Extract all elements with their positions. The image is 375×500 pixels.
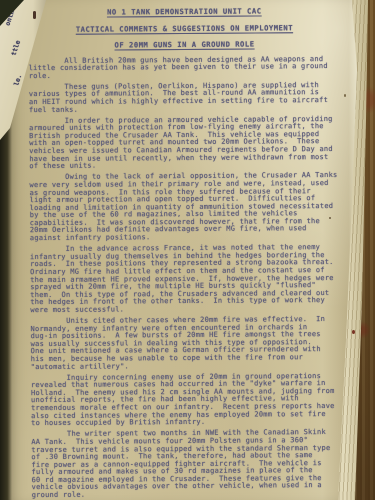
paragraph-6: Units cited other cases where 20mm fire … bbox=[30, 316, 342, 371]
paragraph-3: In order to produce an armoured vehicle … bbox=[29, 116, 341, 171]
document-page: NO 1 TANK DEMONSTRATION UNIT CAC TACTICA… bbox=[0, 0, 375, 500]
paragraph-5: In the advance across France, it was not… bbox=[30, 244, 342, 315]
typewritten-text-block: NO 1 TANK DEMONSTRATION UNIT CAC TACTICA… bbox=[28, 6, 343, 500]
paragraph-2: These guns (Polsten, Oerlikon, Hispano) … bbox=[29, 82, 341, 115]
text-line: against infantry positions. bbox=[30, 233, 342, 243]
text-line: fuel tanks. bbox=[29, 104, 341, 114]
document-photo: NO 1 TANK DEMONSTRATION UNIT CAC TACTICA… bbox=[0, 0, 375, 500]
doc-title-line-3: OF 20MM GUNS IN A GROUND ROLE bbox=[29, 39, 341, 50]
paragraph-1: All British 20mm guns have been designed… bbox=[29, 55, 341, 80]
ink-speck bbox=[329, 217, 331, 219]
text-line: were most successful. bbox=[30, 305, 342, 315]
text-line: "automatic artillery". bbox=[31, 361, 343, 371]
fold-text-fragment: le. bbox=[12, 73, 23, 87]
text-line: of these units. bbox=[29, 161, 341, 171]
paragraph-4: Owing to the lack of aerial opposition, … bbox=[29, 172, 341, 243]
paragraph-7: Inquiry concerning enemy use of 20mm in … bbox=[31, 373, 343, 428]
ink-speck bbox=[344, 94, 346, 97]
text-line: to houses occupied by British infantry. bbox=[31, 418, 343, 428]
doc-title-line-1: NO 1 TANK DEMONSTRATION UNIT CAC bbox=[28, 6, 340, 17]
doc-title-line-2: TACTICAL COMMENTS & SUGGESTIONS ON EMPLO… bbox=[28, 22, 340, 33]
red-mark-page-edge bbox=[352, 330, 355, 334]
text-line: ground role. bbox=[32, 490, 344, 500]
fold-text-fragment: ttle bbox=[10, 39, 22, 56]
paragraph-8: The writer spent two months in NWE with … bbox=[31, 429, 343, 500]
ink-speck bbox=[33, 11, 36, 19]
